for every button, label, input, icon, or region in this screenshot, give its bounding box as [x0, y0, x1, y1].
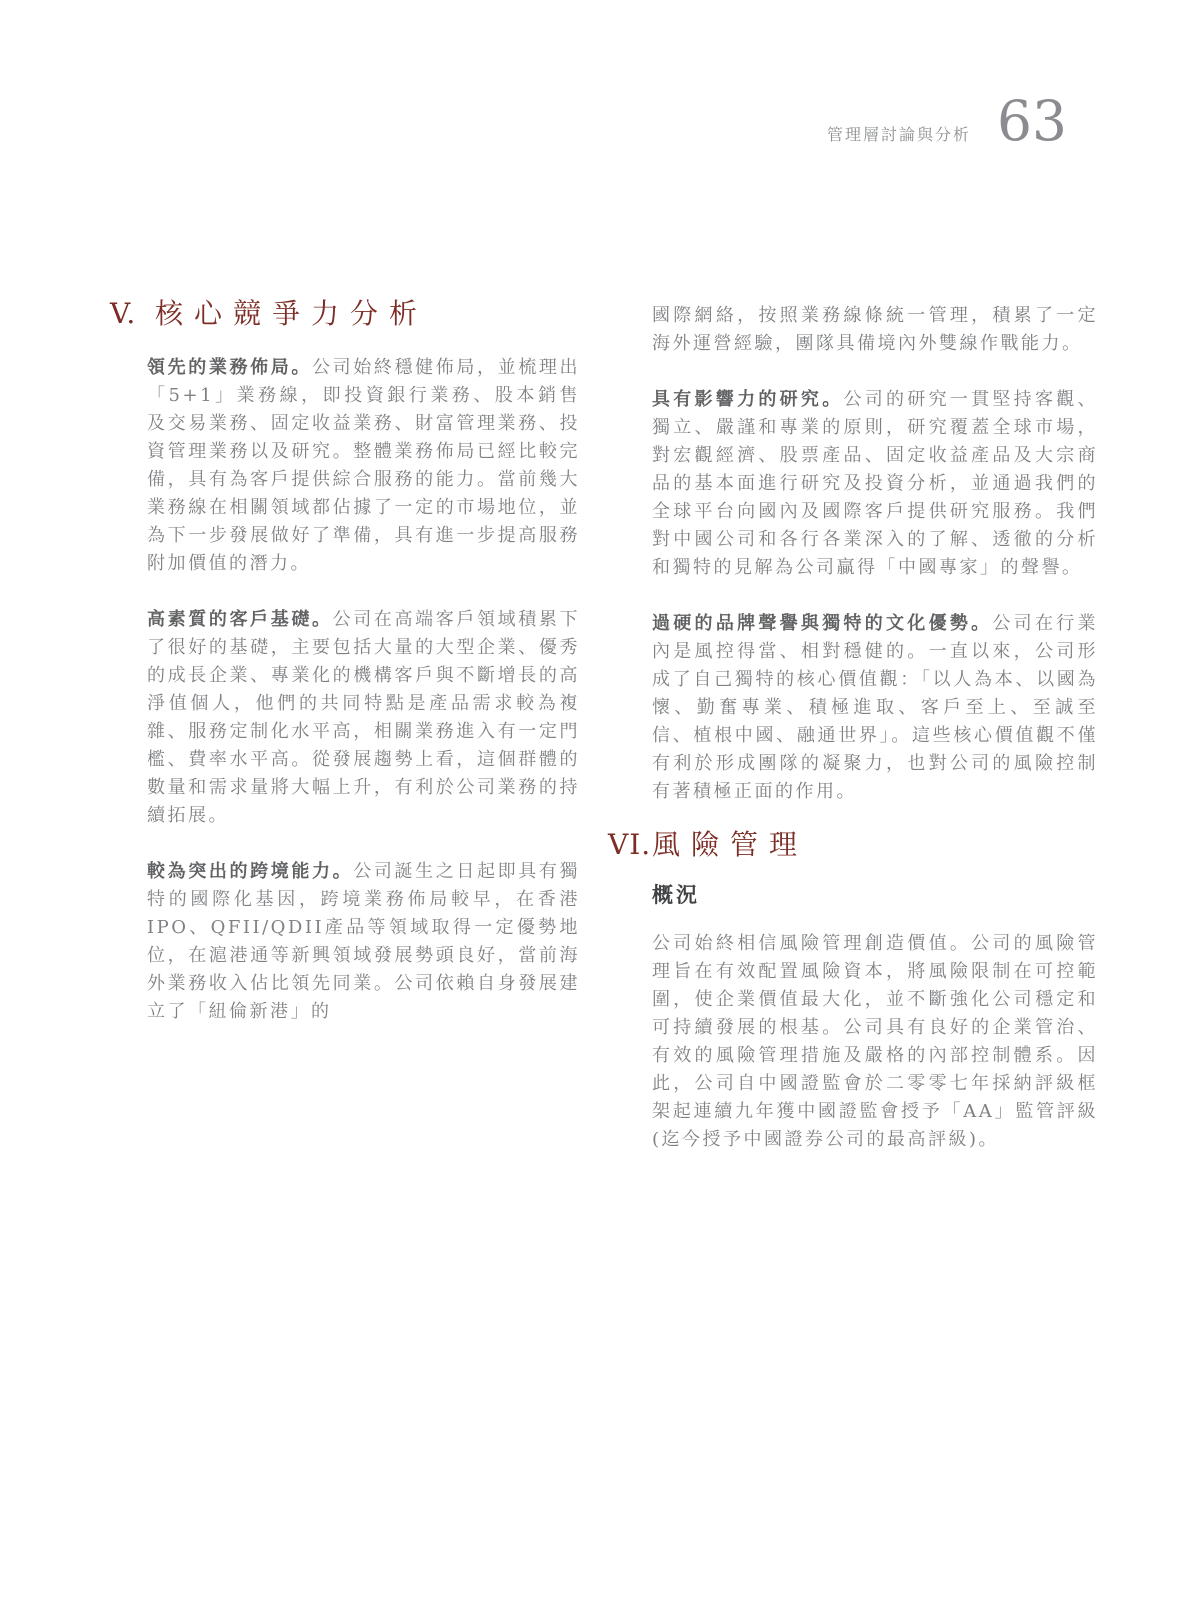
paragraph-cross-border: 較為突出的跨境能力。公司誕生之日起即具有獨特的國際化基因，跨境業務佈局較早，在香…	[147, 858, 580, 1026]
section-numeral: VI.	[608, 826, 652, 864]
paragraph-leading-business-layout: 領先的業務佈局。公司始終穩健佈局，並梳理出「5+1」業務線，即投資銀行業務、股本…	[147, 354, 580, 578]
paragraph-text: 公司始終相信風險管理創造價值。公司的風險管理旨在有效配置風險資本，將風險限制在可…	[652, 933, 1098, 1150]
page-number: 63	[997, 94, 1067, 149]
left-body-block: 領先的業務佈局。公司始終穩健佈局，並梳理出「5+1」業務線，即投資銀行業務、股本…	[147, 354, 580, 1026]
right-body-block-top: 國際網絡，按照業務線條統一管理，積累了一定海外運營經驗，團隊具備境內外雙線作戰能…	[652, 302, 1098, 806]
paragraph-text: 國際網絡，按照業務線條統一管理，積累了一定海外運營經驗，團隊具備境內外雙線作戰能…	[652, 305, 1098, 354]
paragraph-lead: 高素質的客戶基礎。	[147, 609, 333, 630]
right-body-block-bottom: 概況 公司始終相信風險管理創造價值。公司的風險管理旨在有效配置風險資本，將風險限…	[652, 882, 1098, 1154]
paragraph-influential-research: 具有影響力的研究。公司的研究一貫堅持客觀、獨立、嚴謹和專業的原則，研究覆蓋全球市…	[652, 386, 1098, 582]
section-heading-core-competitiveness: V. 核心競爭力分析	[110, 295, 582, 333]
section-numeral: V.	[110, 295, 155, 333]
paragraph-risk-overview: 公司始終相信風險管理創造價值。公司的風險管理旨在有效配置風險資本，將風險限制在可…	[652, 930, 1098, 1154]
section-heading-risk-management: VI. 風險管理	[608, 826, 1100, 864]
paragraph-text: 公司在行業內是風控得當、相對穩健的。一直以來，公司形成了自己獨特的核心價值觀：「…	[652, 613, 1098, 802]
paragraph-brand-culture: 過硬的品牌聲譽與獨特的文化優勢。公司在行業內是風控得當、相對穩健的。一直以來，公…	[652, 610, 1098, 806]
paragraph-continuation: 國際網絡，按照業務線條統一管理，積累了一定海外運營經驗，團隊具備境內外雙線作戰能…	[652, 302, 1098, 358]
paragraph-client-base: 高素質的客戶基礎。公司在高端客戶領域積累下了很好的基礎，主要包括大量的大型企業、…	[147, 606, 580, 830]
paragraph-text: 公司的研究一貫堅持客觀、獨立、嚴謹和專業的原則，研究覆蓋全球市場，對宏觀經濟、股…	[652, 389, 1098, 578]
paragraph-text: 公司在高端客戶領域積累下了很好的基礎，主要包括大量的大型企業、優秀的成長企業、專…	[147, 609, 580, 826]
paragraph-lead: 領先的業務佈局。	[147, 357, 312, 378]
paragraph-lead: 較為突出的跨境能力。	[147, 861, 353, 882]
document-page: 管理層討論與分析 63 V. 核心競爭力分析 領先的業務佈局。公司始終穩健佈局，…	[0, 0, 1190, 1615]
right-column: 國際網絡，按照業務線條統一管理，積累了一定海外運營經驗，團隊具備境內外雙線作戰能…	[608, 295, 1100, 1154]
paragraph-text: 公司始終穩健佈局，並梳理出「5+1」業務線，即投資銀行業務、股本銷售及交易業務、…	[147, 357, 580, 574]
paragraph-lead: 具有影響力的研究。	[652, 389, 843, 410]
paragraph-lead: 過硬的品牌聲譽與獨特的文化優勢。	[652, 613, 992, 634]
section-title: 風險管理	[652, 826, 808, 864]
paragraph-text: 公司誕生之日起即具有獨特的國際化基因，跨境業務佈局較早，在香港IPO、QFII/…	[147, 861, 580, 1022]
section-title: 核心競爭力分析	[155, 295, 428, 333]
left-column: V. 核心競爭力分析 領先的業務佈局。公司始終穩健佈局，並梳理出「5+1」業務線…	[110, 295, 582, 1026]
subsection-heading-overview: 概況	[652, 882, 1098, 908]
page-header: 管理層討論與分析 63	[827, 94, 1067, 149]
running-header-title: 管理層討論與分析	[827, 122, 971, 145]
